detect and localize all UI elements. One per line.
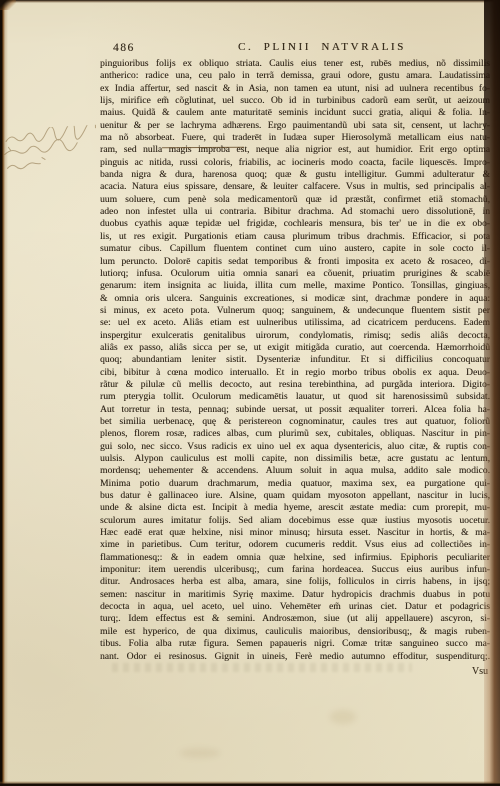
text-line: acacia. Natura eius spissare, densare, &… (100, 181, 490, 193)
text-line: lijs, mirifice em̃ cõglutinat, uel succo… (100, 95, 490, 107)
text-line: genarum: item insignita ac liuida, illit… (100, 280, 490, 292)
text-line: inspergitur exulceratis genitalibus uiro… (100, 330, 490, 342)
text-line: lutiorq; infusa. Oculorum uitia omnia sa… (100, 268, 490, 280)
text-line: nant. Odor ei resinosus. Gignit in uinei… (100, 651, 490, 663)
page-edge-right (484, 0, 500, 786)
handwritten-marginalia (0, 124, 105, 191)
text-line: uum soluere, cum penè sola medicamentorũ… (100, 194, 490, 206)
page-number: 486 (113, 42, 135, 54)
text-line: & omnia oris ulcera. Sanguinis excreatio… (100, 293, 490, 305)
page-edge-top (0, 0, 500, 3)
text-line: flammationesq;: & in eadem omnia quæ hel… (100, 552, 490, 564)
text-line: aliâs ex passo, aliâs sicca per se, ut e… (100, 342, 490, 354)
scanned-book-page: { "page": { "number": "486", "running_he… (0, 0, 500, 786)
text-line: imponitur: item uerendis ulceribusq;, cu… (100, 564, 490, 576)
text-line: ma nõ absorbeat. Fuere, qui traderēt in … (100, 132, 490, 144)
text-line: sumatur cibus. Capillum fluentem contine… (100, 243, 490, 255)
text-line: maius. Quidã & caulem ante maturitatē se… (100, 107, 490, 119)
text-line: bet similia uerbenacę, quę & peristereon… (100, 416, 490, 428)
text-line: se: uel ex aceto. Aliâs etiam est uulner… (100, 317, 490, 329)
text-line: ditur. Androsaces herba est alba, amara,… (100, 576, 490, 588)
text-line: plenos, florem rosæ, radices albas, cum … (100, 428, 490, 440)
text-line: uulsis. Alypon cauliculus est molli capi… (100, 453, 490, 465)
text-line: Hæc eadē erat quæ helxine, nisi minor mi… (100, 527, 490, 539)
text-line: rum pterygia tollit. Oculorum medicamēti… (100, 391, 490, 403)
text-line: lum peruncto. Dolorē capitis sedat tempo… (100, 256, 490, 268)
text-line: sculorum aures imitatur folijs. Sed alia… (100, 515, 490, 527)
text-line: turq;. Idem effectus est & semini. Andro… (100, 613, 490, 625)
text-line: mordensq; uehementer & accendens. Aluum … (100, 465, 490, 477)
text-line: xime in parietibus. Cum teritur, odorem … (100, 539, 490, 551)
text-line: gui solo, nec sicco. Vsus radicis ex uin… (100, 441, 490, 453)
text-line: unde & alsine dicta est. Incipit à media… (100, 502, 490, 514)
text-line: Minima potio duarum drachmarum, media qu… (100, 478, 490, 490)
page-edge-bottom (0, 781, 500, 786)
page-corner-shadow (0, 0, 16, 10)
text-line: uenitur & per se lachryma adhærens. Ergo… (100, 120, 490, 132)
text-line: tibus. Folia alba rutæ figura. Semen pap… (100, 638, 490, 650)
text-line: mile est hyperico, de qua diximus, cauli… (100, 626, 490, 638)
text-line: cibi, bibitur à cœna modico interuallo. … (100, 367, 490, 379)
text-line: antherico: radice una, ceu palo in terrã… (100, 70, 490, 82)
text-line: si minus, ex aceto pota. Vulnerum quoq; … (100, 305, 490, 317)
running-header: C. PLINII NATVRALIS (238, 41, 406, 53)
text-line: pinguis ac nitida, russi coloris, friabi… (100, 157, 490, 169)
text-line: pinguioribus folijs ex obliquo striata. … (100, 58, 490, 70)
text-line: adeo non infestet ulla ui contraria. Bib… (100, 206, 490, 218)
text-line: quoq; abundantiam leniter sistit. Dysent… (100, 354, 490, 366)
text-line: banda nigra & dura, harenosa quoq; quæ &… (100, 169, 490, 181)
text-line: semen: nascitur in maritimis Syrię maxim… (100, 589, 490, 601)
foxing-spot (330, 710, 356, 724)
text-line: bus datur è gallinaceo iure. Alsine, qua… (100, 490, 490, 502)
page-edge-left (0, 0, 8, 786)
foxing-spot (180, 748, 220, 758)
text-line: ram, sed nulla magis improba est, neque … (100, 144, 490, 156)
text-line: lis, ut res exigit. Purgationis etiam ca… (100, 231, 490, 243)
text-line: decocta in aqua, uel aceto, uel uino. Ve… (100, 601, 490, 613)
text-block: pinguioribus folijs ex obliquo striata. … (100, 58, 490, 663)
text-line: duobus cyathis aquæ tepidæ uel frigidæ, … (100, 218, 490, 230)
bleed-through-smudge (112, 663, 412, 672)
text-line: rãtur & pilulæ cũ mellis decocto, aut re… (100, 379, 490, 391)
text-line: ex India affertur, sed nascit & in Asia,… (100, 83, 490, 95)
text-line: Aut torretur in testa, pennaq; subinde u… (100, 404, 490, 416)
